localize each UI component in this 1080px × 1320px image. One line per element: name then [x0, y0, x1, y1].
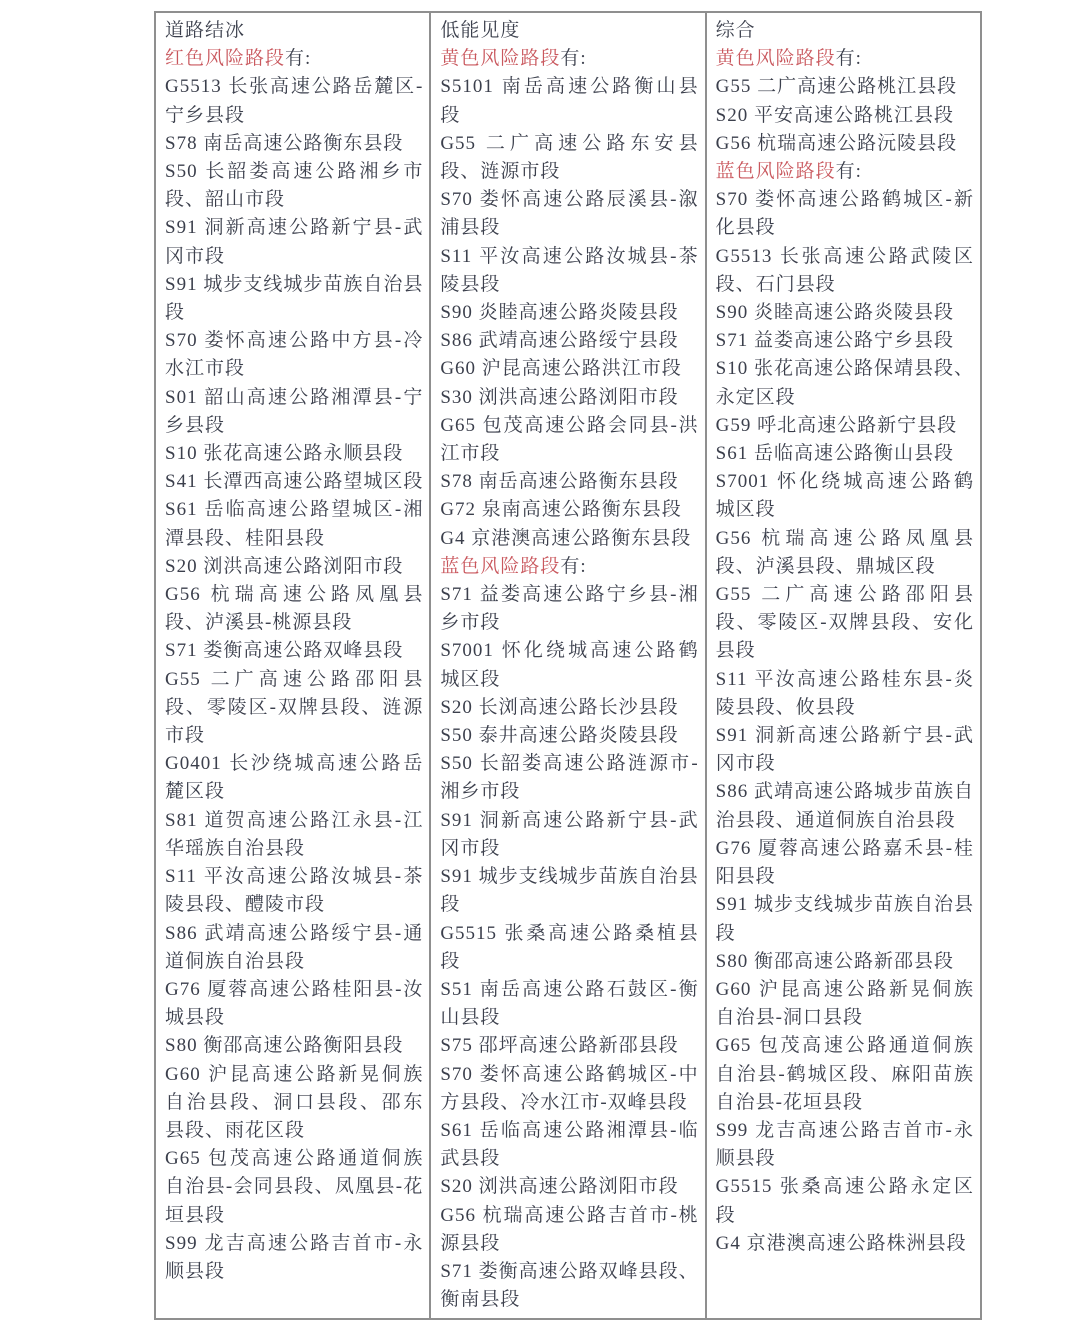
road-segment-item: S99 龙吉高速公路吉首市-永顺县段 — [165, 1230, 423, 1266]
road-segment-item: S70 娄怀高速公路中方县-冷水江市段 — [165, 327, 423, 383]
road-segment-item: S10 张花高速公路保靖县段、永定区段 — [716, 355, 974, 411]
road-segment-item: S20 浏洪高速公路浏阳市段 — [165, 553, 423, 581]
road-segment-item: S7001 怀化绕城高速公路鹤城区段 — [440, 637, 698, 693]
road-segment-item: S91 洞新高速公路新宁县-武冈市段 — [165, 214, 423, 270]
road-segment-item: G60 沪昆高速公路洪江市段 — [440, 355, 698, 383]
road-segment-item: G5513 长张高速公路武陵区段、石门县段 — [716, 243, 974, 299]
risk-level-label: 蓝色风险路段 — [440, 556, 560, 577]
road-segment-item: G5515 张桑高速公路桑植县段 — [440, 920, 698, 976]
road-segment-item: S81 道贺高速公路江永县-江华瑶族自治县段 — [165, 807, 423, 863]
road-segment-item: S50 长韶娄高速公路湘乡市段、韶山市段 — [165, 158, 423, 214]
road-segment-item: G55 二广高速公路邵阳县段、零陵区-双牌县段、安化县段 — [716, 581, 974, 666]
road-segment-item: S20 浏洪高速公路浏阳市段 — [440, 1173, 698, 1201]
road-segment-item: S80 衡邵高速公路衡阳县段 — [165, 1032, 423, 1060]
road-segment-item: G56 杭瑞高速公路沅陵县段 — [716, 130, 974, 158]
section-label-line: 黄色风险路段有: — [716, 45, 974, 73]
risk-label-suffix: 有: — [560, 48, 586, 69]
road-segment-item: G5513 长张高速公路岳麓区-宁乡县段 — [165, 73, 423, 129]
road-segment-item: S75 邵坪高速公路新邵县段 — [440, 1032, 698, 1060]
risk-level-label: 红色风险路段 — [165, 48, 285, 69]
road-segment-item: G0401 长沙绕城高速公路岳麓区段 — [165, 750, 423, 806]
section-label-line: 蓝色风险路段有: — [716, 158, 974, 186]
road-segment-item: S11 平汝高速公路汝城县-茶陵县段 — [440, 243, 698, 299]
road-segment-item: S5101 南岳高速公路衡山县段 — [440, 73, 698, 129]
column-header: 综合 — [716, 17, 974, 45]
road-segment-item: S70 娄怀高速公路鹤城区-中方县段、冷水江市-双峰县段 — [440, 1061, 698, 1117]
road-segment-item: G55 二广高速公路桃江县段 — [716, 73, 974, 101]
road-segment-item: G56 杭瑞高速公路吉首市-桃源县段 — [440, 1202, 698, 1258]
road-segment-item: S90 炎睦高速公路炎陵县段 — [440, 299, 698, 327]
road-segment-item: G55 二广高速公路东安县段、涟源市段 — [440, 130, 698, 186]
road-segment-item: S10 张花高速公路永顺县段 — [165, 440, 423, 468]
section-label-line: 黄色风险路段有: — [440, 45, 698, 73]
risk-table-row: 道路结冰红色风险路段有:G5513 长张高速公路岳麓区-宁乡县段S78 南岳高速… — [155, 12, 981, 1266]
road-segment-item: G60 沪昆高速公路新晃侗族自治县段、洞口县段、邵东县段、雨花区段 — [165, 1061, 423, 1146]
road-segment-item: S11 平汝高速公路汝城县-茶陵县段、醴陵市段 — [165, 863, 423, 919]
road-segment-item: S91 洞新高速公路新宁县-武冈市段 — [440, 807, 698, 863]
risk-label-suffix: 有: — [560, 556, 586, 577]
road-segment-item: S71 娄衡高速公路双峰县段 — [165, 637, 423, 665]
road-segment-item: G76 厦蓉高速公路嘉禾县-桂阳县段 — [716, 835, 974, 891]
road-segment-item: S90 炎睦高速公路炎陵县段 — [716, 299, 974, 327]
section-label-line: 红色风险路段有: — [165, 45, 423, 73]
risk-label-suffix: 有: — [285, 48, 311, 69]
road-segment-item: S91 城步支线城步苗族自治县段 — [440, 863, 698, 919]
road-segment-item: S51 南岳高速公路石鼓区-衡山县段 — [440, 976, 698, 1032]
risk-label-suffix: 有: — [836, 48, 862, 69]
road-segment-item: S86 武靖高速公路城步苗族自治县段、通道侗族自治县段 — [716, 778, 974, 834]
risk-column-low-visibility: 低能见度黄色风险路段有:S5101 南岳高速公路衡山县段G55 二广高速公路东安… — [430, 12, 705, 1266]
road-segment-item: S71 益娄高速公路宁乡县段 — [716, 327, 974, 355]
risk-level-label: 蓝色风险路段 — [716, 161, 836, 182]
road-segment-item: S80 衡邵高速公路新邵县段 — [716, 948, 974, 976]
road-segment-item: S78 南岳高速公路衡东县段 — [440, 468, 698, 496]
road-segment-item: S70 娄怀高速公路鹤城区-新化县段 — [716, 186, 974, 242]
road-segment-item: G4 京港澳高速公路衡东县段 — [440, 525, 698, 553]
road-segment-item: S71 娄衡高速公路双峰县段、衡南县段 — [440, 1258, 698, 1266]
road-segment-item: S61 岳临高速公路衡山县段 — [716, 440, 974, 468]
road-segment-item: S61 岳临高速公路望城区-湘潭县段、桂阳县段 — [165, 496, 423, 552]
road-segment-item: G4 京港澳高速公路株洲县段 — [716, 1230, 974, 1258]
road-segment-item: G65 包茂高速公路通道侗族自治县-鹤城区段、麻阳苗族自治县-花垣县段 — [716, 1032, 974, 1117]
road-segment-item: G60 沪昆高速公路新晃侗族自治县-洞口县段 — [716, 976, 974, 1032]
column-header: 低能见度 — [440, 17, 698, 45]
risk-level-label: 黄色风险路段 — [440, 48, 560, 69]
road-segment-item: S78 南岳高速公路衡东县段 — [165, 130, 423, 158]
road-segment-item: S86 武靖高速公路绥宁县-通道侗族自治县段 — [165, 920, 423, 976]
road-segment-item: S20 长浏高速公路长沙县段 — [440, 694, 698, 722]
road-segment-item: S61 岳临高速公路湘潭县-临武县段 — [440, 1117, 698, 1173]
road-segment-item: G72 泉南高速公路衡东县段 — [440, 496, 698, 524]
road-segment-item: G5515 张桑高速公路永定区段 — [716, 1173, 974, 1229]
road-segment-item: G65 包茂高速公路通道侗族自治县-会同县段、凤凰县-花垣县段 — [165, 1145, 423, 1230]
road-segment-item: S01 韶山高速公路湘潭县-宁乡县段 — [165, 384, 423, 440]
section-label-line: 蓝色风险路段有: — [440, 553, 698, 581]
road-segment-item: S50 泰井高速公路炎陵县段 — [440, 722, 698, 750]
road-segment-item: G56 杭瑞高速公路凤凰县段、泸溪县段、鼎城区段 — [716, 525, 974, 581]
road-segment-item: S11 平汝高速公路桂东县-炎陵县段、攸县段 — [716, 666, 974, 722]
road-segment-item: G55 二广高速公路邵阳县段、零陵区-双牌县段、涟源市段 — [165, 666, 423, 751]
road-segment-item: S71 益娄高速公路宁乡县-湘乡市段 — [440, 581, 698, 637]
road-segment-item: S41 长潭西高速公路望城区段 — [165, 468, 423, 496]
risk-column-comprehensive: 综合黄色风险路段有:G55 二广高速公路桃江县段S20 平安高速公路桃江县段G5… — [706, 12, 981, 1266]
road-segment-item: G76 厦蓉高速公路桂阳县-汝城县段 — [165, 976, 423, 1032]
road-segment-item: S20 平安高速公路桃江县段 — [716, 102, 974, 130]
road-segment-item: S91 洞新高速公路新宁县-武冈市段 — [716, 722, 974, 778]
road-segment-item: G65 包茂高速公路会同县-洪江市段 — [440, 412, 698, 468]
road-segment-item: G59 呼北高速公路新宁县段 — [716, 412, 974, 440]
road-segment-item: S70 娄怀高速公路辰溪县-溆浦县段 — [440, 186, 698, 242]
road-segment-item: G56 杭瑞高速公路凤凰县段、泸溪县-桃源县段 — [165, 581, 423, 637]
road-segment-item: S91 城步支线城步苗族自治县段 — [165, 271, 423, 327]
road-segment-item: S99 龙吉高速公路吉首市-永顺县段 — [716, 1117, 974, 1173]
column-header: 道路结冰 — [165, 17, 423, 45]
road-segment-item: S50 长韶娄高速公路涟源市-湘乡市段 — [440, 750, 698, 806]
risk-level-label: 黄色风险路段 — [716, 48, 836, 69]
road-risk-table: 道路结冰红色风险路段有:G5513 长张高速公路岳麓区-宁乡县段S78 南岳高速… — [154, 11, 982, 1266]
road-segment-item: S30 浏洪高速公路浏阳市段 — [440, 384, 698, 412]
road-segment-item: S7001 怀化绕城高速公路鹤城区段 — [716, 468, 974, 524]
road-segment-item: S86 武靖高速公路绥宁县段 — [440, 327, 698, 355]
road-segment-item: S91 城步支线城步苗族自治县段 — [716, 891, 974, 947]
risk-label-suffix: 有: — [836, 161, 862, 182]
risk-column-road-icing: 道路结冰红色风险路段有:G5513 长张高速公路岳麓区-宁乡县段S78 南岳高速… — [155, 12, 430, 1266]
